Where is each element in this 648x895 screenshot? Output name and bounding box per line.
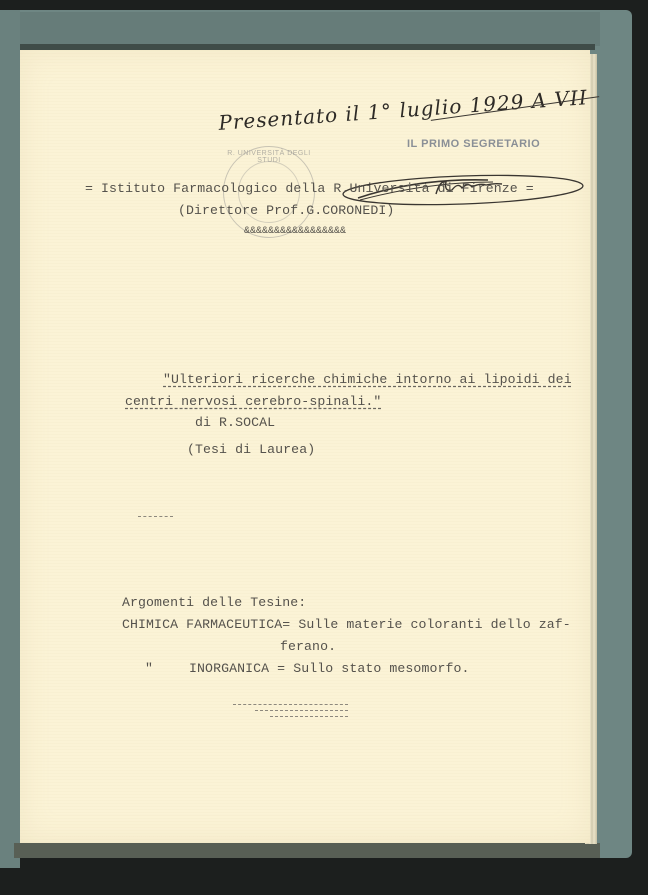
thesis-item-1-continuation: ferano. bbox=[280, 639, 336, 654]
closing-rule-3 bbox=[270, 716, 348, 718]
short-dash bbox=[138, 516, 173, 518]
closing-rule-2 bbox=[255, 710, 348, 712]
closing-rule-1 bbox=[233, 704, 348, 706]
thesis-subject: INORGANICA = bbox=[189, 661, 285, 676]
author-line: di R.SOCAL bbox=[195, 415, 275, 430]
thesis-title-line2: centri nervosi cerebro-spinali." bbox=[125, 394, 381, 409]
thesis-topic: Sullo stato mesomorfo. bbox=[293, 661, 469, 676]
folder-shadow-bottom bbox=[14, 843, 600, 858]
thesis-item-2: " INORGANICA = Sullo stato mesomorfo. bbox=[145, 661, 470, 676]
director-line: (Direttore Prof.G.CORONEDI) bbox=[178, 203, 394, 218]
thesis-topic: Sulle materie coloranti dello zaf- bbox=[298, 617, 570, 632]
thesis-subject: CHIMICA FARMACEUTICA= bbox=[122, 617, 290, 632]
thesis-type: (Tesi di Laurea) bbox=[187, 442, 315, 457]
folder-spine bbox=[0, 10, 20, 868]
folder-top-flap bbox=[20, 12, 600, 46]
ornament-divider: &&&&&&&&&&&&&&&&& bbox=[244, 226, 346, 237]
thesis-title-line1: "Ulteriori ricerche chimiche intorno ai … bbox=[163, 372, 572, 387]
document-page: Presentato il 1° luglio 1929 A VII IL PR… bbox=[20, 50, 590, 843]
ditto-mark: " bbox=[145, 661, 153, 676]
secretary-stamp: IL PRIMO SEGRETARIO bbox=[407, 138, 540, 150]
institute-heading: = Istituto Farmacologico della R.Univers… bbox=[85, 181, 534, 196]
theses-heading: Argomenti delle Tesine: bbox=[122, 595, 306, 610]
thesis-item-1: CHIMICA FARMACEUTICA= Sulle materie colo… bbox=[122, 617, 571, 632]
